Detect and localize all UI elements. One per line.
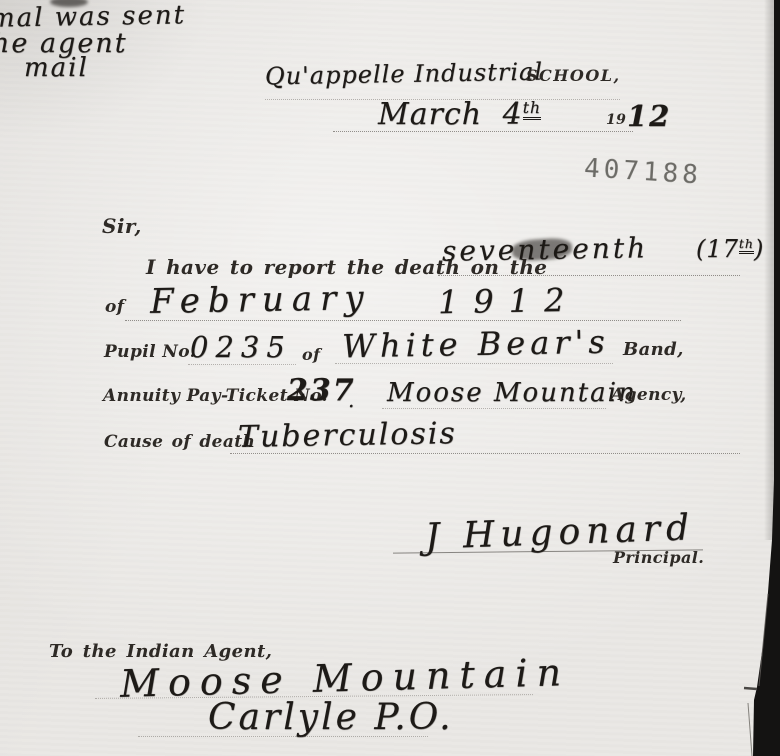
- annuity-period: .: [348, 388, 354, 412]
- death-month-handwritten: February: [150, 278, 372, 322]
- cause-of-death-value: Tuberculosis: [238, 416, 457, 455]
- registry-stamp-number: 407188: [583, 153, 703, 190]
- date-handwritten: March 4th: [378, 97, 541, 132]
- fill-in-line-cause: [230, 453, 740, 454]
- fill-in-line-date: [333, 131, 633, 132]
- pupil-no-value: 0235: [190, 330, 292, 364]
- page-edge-shadow: [764, 0, 774, 540]
- date-ordinal: th: [523, 99, 541, 120]
- band-label: Band,: [623, 339, 684, 360]
- day-numeral-open: (17: [696, 235, 739, 263]
- of-label: of: [105, 297, 124, 317]
- year-preprint: 19: [606, 112, 626, 128]
- year-handwritten: 12: [627, 99, 671, 133]
- scanned-document-page: mal was sent he agent mail Qu'appelle In…: [0, 0, 780, 756]
- paper-fold-crease-lower: [748, 703, 752, 756]
- pupil-no-label: Pupil No.: [104, 342, 196, 362]
- band-name-handwritten: White Bear's: [342, 323, 610, 366]
- fill-in-line-agency: [382, 408, 606, 409]
- fill-in-line-day: [438, 275, 740, 276]
- agency-name-handwritten: Moose Mountain: [387, 378, 637, 408]
- death-year-handwritten: 1912: [438, 281, 580, 321]
- scanner-edge-graphic: [740, 0, 780, 756]
- marginal-note-line-3: mail: [24, 53, 89, 83]
- po-underline: [138, 736, 428, 737]
- school-label-printed: SCHOOL,: [526, 66, 621, 85]
- salutation: Sir,: [102, 214, 142, 238]
- band-of-label: of: [302, 345, 320, 364]
- paper-notch-mark: [744, 688, 757, 689]
- annuity-ticket-value: 237: [287, 373, 356, 408]
- addressee-po-handwritten: Carlyle P.O.: [208, 697, 454, 738]
- cause-of-death-label: Cause of death: [104, 432, 255, 452]
- fill-in-line-band: [335, 363, 613, 364]
- date-day-text: March 4: [378, 97, 523, 132]
- agency-label: Agency,: [611, 385, 687, 405]
- school-name-handwritten: Qu'appelle Industrial: [265, 58, 543, 91]
- fill-in-line-pupil: [188, 364, 296, 365]
- fill-in-line-month: [125, 320, 681, 321]
- principal-title-label: Principal.: [613, 548, 704, 567]
